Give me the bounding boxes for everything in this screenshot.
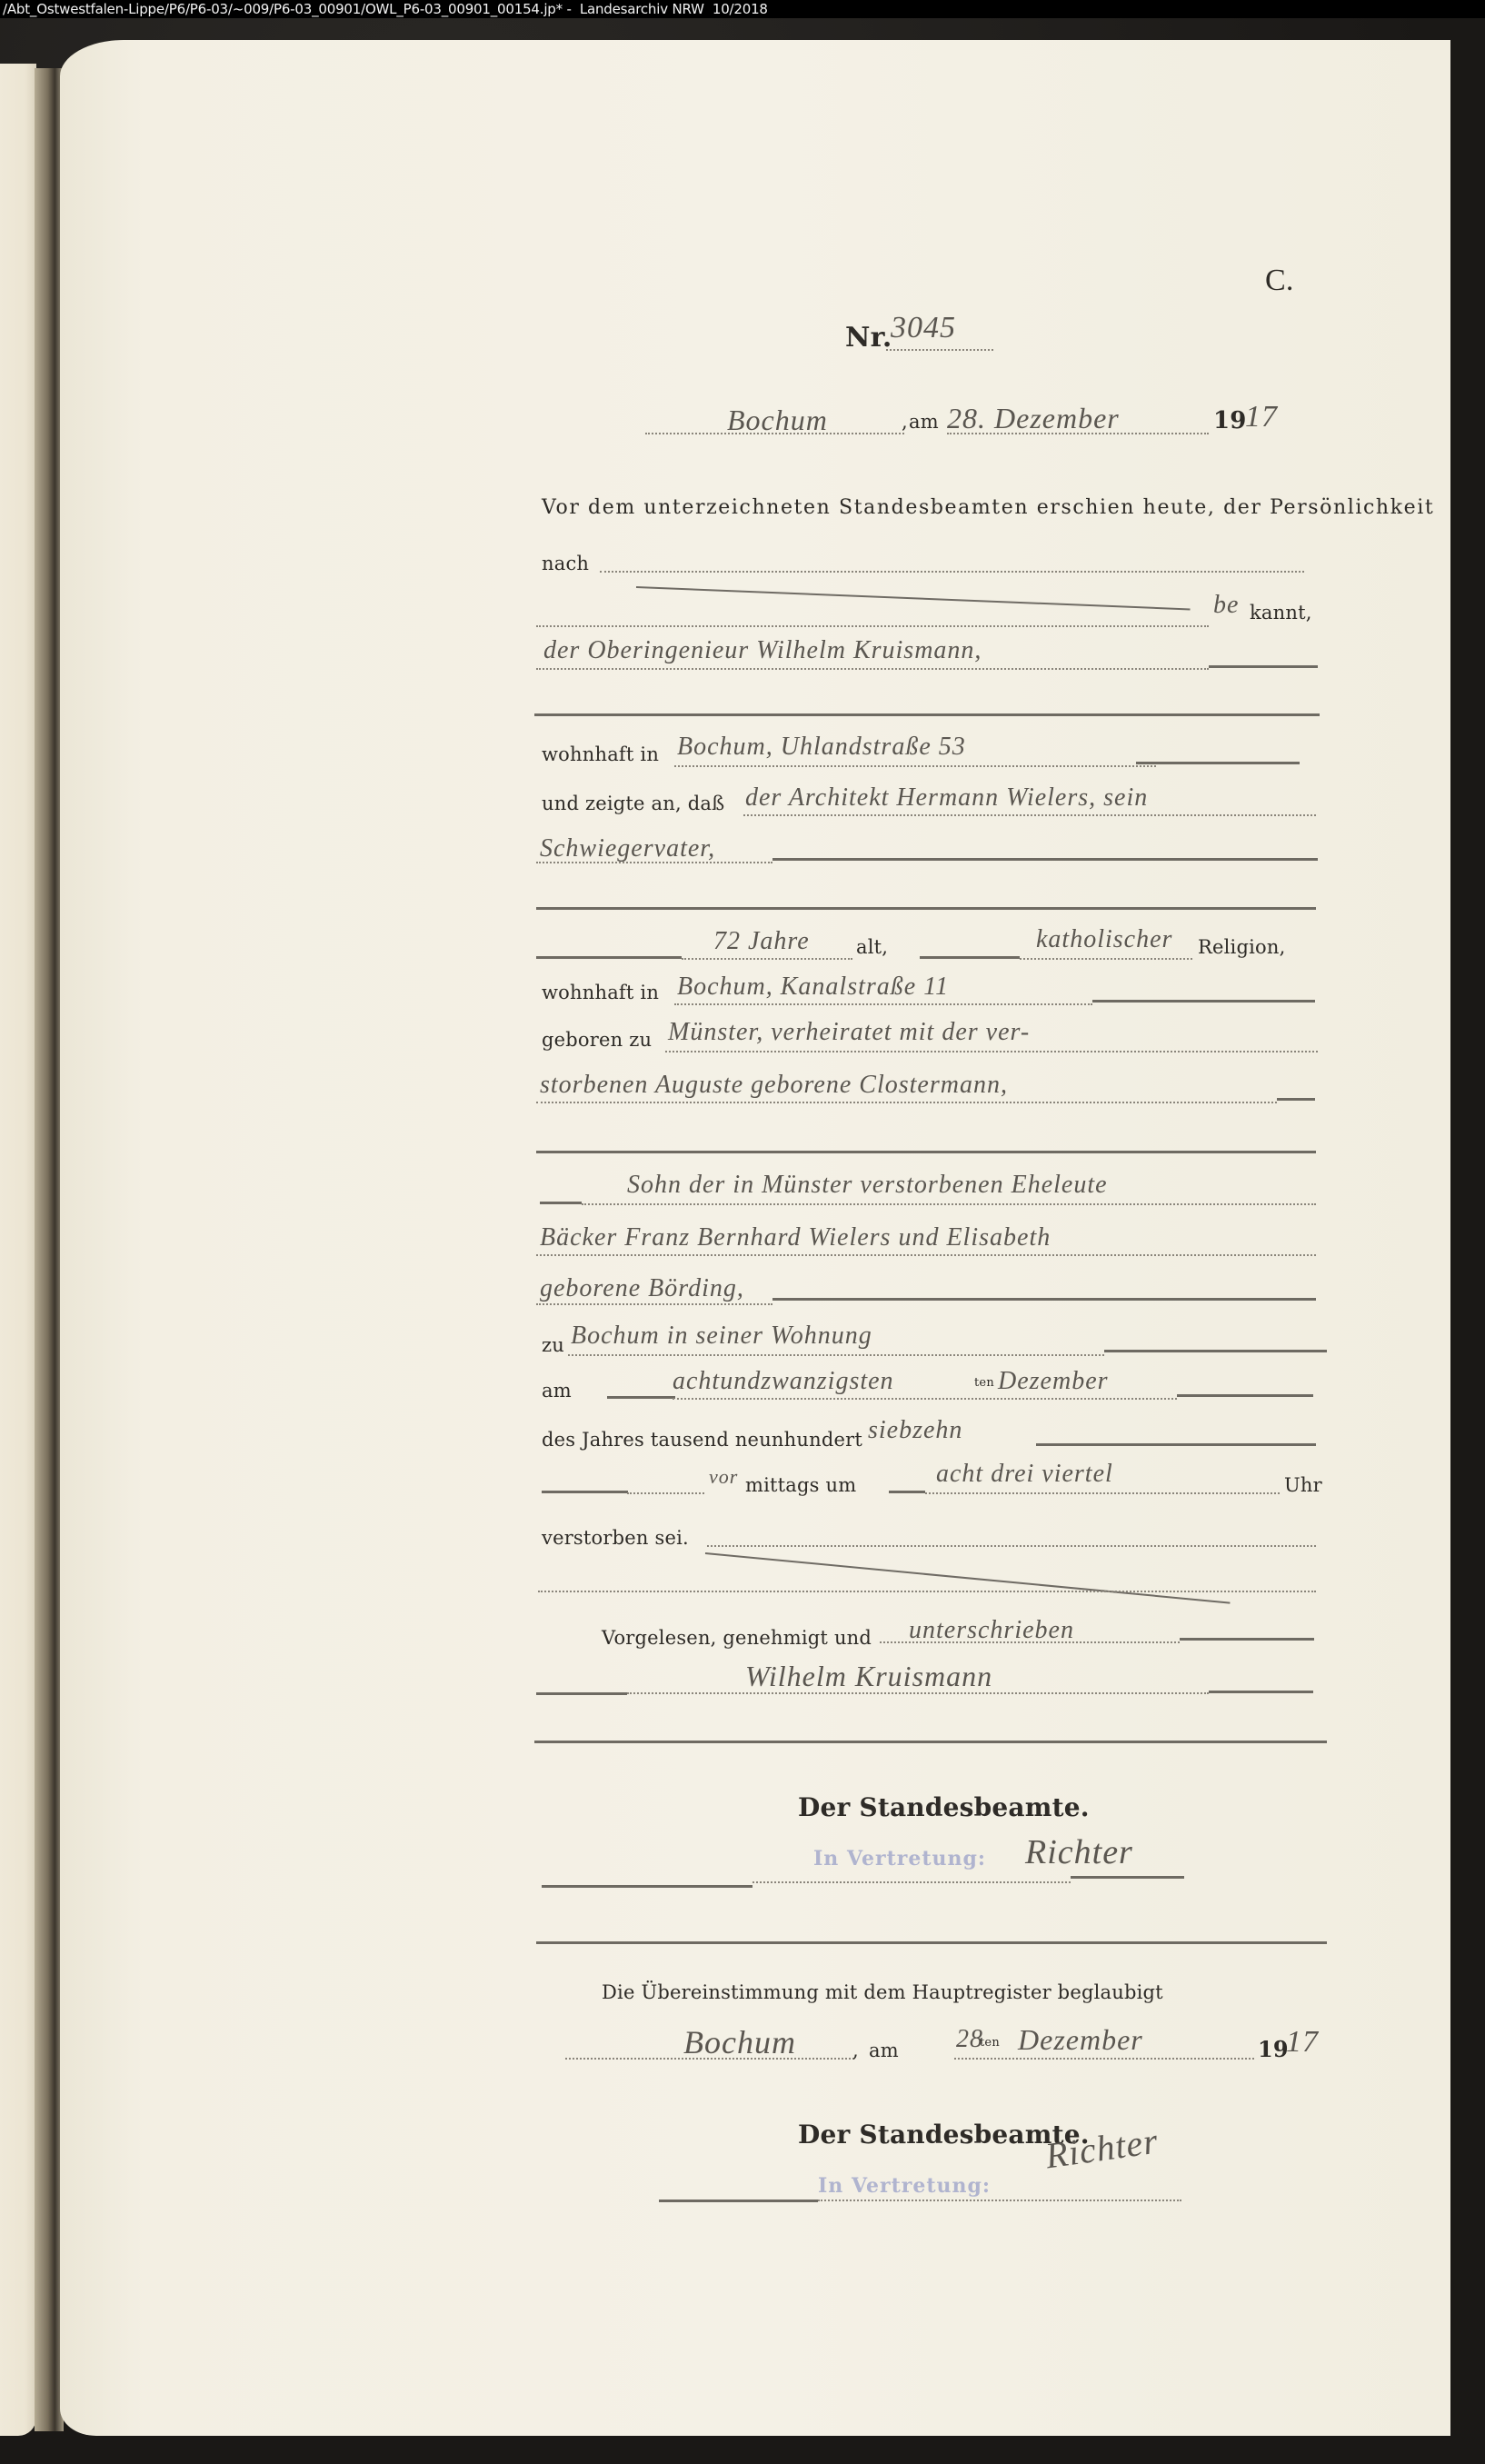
residence-label: wohnhaft in [542, 743, 659, 765]
deceased-line-2: Schwiegervater, [540, 834, 715, 863]
place-of-death: Bochum in seiner Wohnung [571, 1322, 872, 1351]
parents-line-3: geborene Börding, [540, 1274, 744, 1303]
cert-date-dots [954, 2058, 1254, 2060]
year-label: des Jahres tausend neunhundert [542, 1429, 862, 1451]
divider-1 [534, 713, 1320, 716]
nach-label: nach [542, 553, 589, 574]
deceased-residence-label: wohnhaft in [542, 982, 659, 1003]
deceased-filler [772, 858, 1318, 861]
record-number: 3045 [891, 311, 956, 345]
intro-text: Vor dem unterzeichneten Standesbeamten e… [542, 496, 1434, 519]
cert-year-suffix: 17 [1286, 2025, 1319, 2060]
known-label: kannt, [1250, 602, 1312, 623]
declarant-name: der Oberingenieur Wilhelm Kruismann, [543, 636, 982, 665]
registrar-filler-2 [1071, 1876, 1184, 1879]
blank-dots [538, 1591, 1316, 1592]
parents-dots-2 [536, 1254, 1316, 1256]
known-hand: be [1213, 591, 1239, 620]
record-number-label: Nr. [845, 322, 892, 354]
registrar-title: Der Standesbeamte. [798, 1792, 1090, 1822]
residence-filler [1136, 762, 1300, 764]
born-line-2: storbenen Auguste geborene Clostermann, [540, 1071, 1008, 1100]
nach-dotted-line [600, 571, 1304, 573]
place-filler [1104, 1350, 1327, 1352]
religion-dotted-line [1020, 958, 1192, 960]
time-dots-1 [627, 1492, 704, 1494]
deceased-dotted-line [536, 862, 772, 863]
comma: , [902, 411, 908, 433]
deceased-line-1: der Architekt Hermann Wielers, sein [745, 783, 1148, 813]
death-month: Dezember [998, 1367, 1109, 1396]
deceased-residence-dots [674, 1003, 1092, 1005]
religion-filler [920, 956, 1020, 959]
divider-3 [536, 1151, 1316, 1153]
time-label: mittags um [745, 1474, 856, 1496]
strike-line [636, 586, 1191, 610]
parents-filler [540, 1202, 582, 1204]
born-dots-1 [665, 1051, 1318, 1052]
place-dots [568, 1354, 1104, 1356]
time-dots-2 [925, 1492, 1280, 1494]
form-letter: C. [1265, 264, 1294, 298]
cert-dots [818, 2200, 1181, 2201]
death-year-words: siebzehn [868, 1416, 962, 1445]
cert-stamp: In Vertretung: [818, 2174, 991, 2198]
registrar-dots [752, 1881, 1071, 1883]
number-dotted-line [886, 349, 993, 351]
day-filler [607, 1396, 675, 1399]
year-suffix: 17 [1245, 400, 1278, 434]
time-prefix: vor [709, 1465, 738, 1489]
signature-dots [627, 1692, 1209, 1694]
deceased-religion: katholischer [1036, 925, 1172, 954]
registrar-signature: Richter [1025, 1832, 1133, 1872]
date-dotted-line-2 [947, 433, 1209, 434]
record-place: Bochum [727, 404, 828, 437]
cert-comma: , [852, 2040, 859, 2061]
time-filler-1 [542, 1491, 628, 1493]
cert-month: Dezember [1018, 2023, 1143, 2057]
declarant-residence: Bochum, Uhlandstraße 53 [677, 733, 966, 762]
certification-text: Die Übereinstimmung mit dem Hauptregiste… [602, 1981, 1163, 2003]
died-dots [707, 1545, 1316, 1547]
age-dotted-line [682, 958, 852, 960]
time-filler-2 [889, 1491, 925, 1493]
registrar-filler-1 [542, 1885, 752, 1888]
parents-line-2: Bäcker Franz Bernhard Wielers und Elisab… [540, 1223, 1051, 1252]
deceased-residence-filler [1092, 1000, 1315, 1003]
born-line-1: Münster, verheiratet mit der ver- [668, 1018, 1030, 1047]
year-prefix: 19 [1213, 407, 1247, 434]
year-filler [1036, 1443, 1316, 1446]
cert-date-label: am [869, 2040, 899, 2061]
born-label: geboren zu [542, 1029, 652, 1051]
divider-2 [536, 907, 1316, 910]
signed-filler [1180, 1638, 1314, 1641]
deceased-residence: Bochum, Kanalstraße 11 [677, 973, 949, 1002]
death-day: achtundzwanzigsten [673, 1367, 894, 1396]
died-label: verstorben sei. [542, 1527, 689, 1549]
born-dots-2 [536, 1102, 1277, 1103]
cert-place: Bochum [683, 2023, 796, 2061]
declarant-dotted-line [536, 668, 1209, 670]
divider-5 [536, 1941, 1327, 1944]
parents-dots-1 [582, 1203, 1316, 1205]
reported-dotted-line [743, 814, 1316, 816]
month-filler [1177, 1394, 1313, 1397]
death-time: acht drei viertel [936, 1460, 1113, 1489]
parents-filler-2 [772, 1298, 1316, 1301]
residence-dotted-line [674, 765, 1156, 767]
record-date-label: am [909, 411, 939, 433]
declarant-filler [1209, 665, 1318, 668]
cert-day-suffix: ten [980, 2036, 1000, 2050]
divider-4 [534, 1741, 1327, 1743]
signature-filler-2 [1209, 1691, 1313, 1693]
declarant-signature: Wilhelm Kruismann [745, 1660, 992, 1693]
age-filler [536, 956, 682, 959]
read-label: Vorgelesen, genehmigt und [602, 1627, 872, 1649]
known-dotted-line [536, 625, 1209, 627]
registrar-stamp: In Vertretung: [813, 1847, 986, 1870]
place-of-death-label: zu [542, 1334, 564, 1356]
religion-label: Religion, [1198, 936, 1285, 958]
time-unit: Uhr [1284, 1474, 1322, 1496]
day-dots [673, 1398, 1177, 1400]
deceased-age: 72 Jahre [713, 927, 810, 956]
cert-year-prefix: 19 [1258, 2036, 1289, 2062]
signature-filler-1 [536, 1692, 627, 1695]
parents-dots-3 [536, 1303, 772, 1305]
record-date: 28. Dezember [947, 402, 1120, 435]
death-day-suffix: ten [974, 1376, 994, 1390]
cert-filler [659, 2200, 818, 2202]
age-label: alt, [856, 936, 888, 958]
born-filler [1277, 1098, 1315, 1101]
died-strike [705, 1552, 1231, 1604]
signed-dots [880, 1641, 1180, 1643]
day-label: am [542, 1380, 572, 1402]
death-record-form: C. Nr. 3045 Bochum am , 28. Dezember 19 … [0, 0, 1485, 2464]
parents-line-1: Sohn der in Münster verstorbenen Eheleut… [627, 1171, 1108, 1200]
reported-label: und zeigte an, daß [542, 793, 724, 814]
